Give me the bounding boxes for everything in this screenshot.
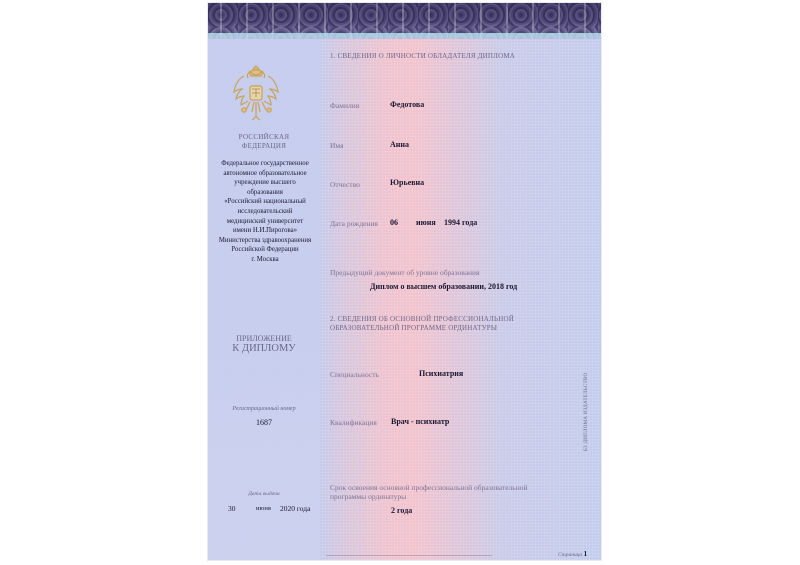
org-line: Российской Федерации [210, 245, 320, 255]
org-line: учреждение высшего [210, 178, 320, 188]
signature-line [326, 555, 492, 556]
org-line: медицинский университет [210, 217, 320, 227]
security-band-edge [208, 33, 601, 39]
printer-imprint: БЗ ДИПЛОМА ИЗДАТЕЛЬСТВО [584, 373, 589, 451]
section2-heading-line1: 2. СВЕДЕНИЯ ОБ ОСНОВНОЙ ПРОФЕССИОНАЛЬНОЙ [330, 315, 514, 323]
duration-label-line1: Срок освоения основной профессиональной … [330, 483, 528, 492]
qualification-value: Врач - психиатр [391, 417, 449, 426]
duration-value: 2 года [391, 506, 412, 515]
birth-year: 1994 года [444, 218, 477, 227]
birth-month: июня [416, 218, 436, 227]
name-value: Анна [390, 140, 409, 149]
supplement-title: ПРИЛОЖЕНИЕ К ДИПЛОМУ [208, 334, 320, 354]
registration-number: 1687 [208, 418, 320, 427]
country-name-line2: ФЕДЕРАЦИЯ [208, 142, 320, 151]
org-line: автономное образовательное [210, 169, 320, 179]
supplement-title-line2: К ДИПЛОМУ [208, 344, 320, 354]
registration-number-label: Регистрационный номер [208, 406, 320, 412]
org-line: «Российский национальный [210, 197, 320, 207]
issue-year: 2020 года [280, 504, 310, 513]
issue-month: июня [256, 505, 271, 512]
org-line: Федеральное государственное [210, 159, 320, 169]
specialty-value: Психиатрия [419, 369, 463, 378]
org-line: г. Москва [210, 255, 320, 265]
birth-date-label: Дата рождения [330, 219, 378, 228]
diploma-supplement-page: РОССИЙСКАЯ ФЕДЕРАЦИЯ Федеральное государ… [208, 3, 601, 560]
previous-document-label: Предыдущий документ об уровне образовани… [330, 268, 480, 277]
page-label: Страница [558, 552, 582, 558]
patronymic-value: Юрьевна [390, 178, 424, 187]
org-line: исследовательский [210, 207, 320, 217]
russian-coat-of-arms-icon [232, 62, 280, 124]
name-label: Имя [330, 141, 344, 150]
organization-name: Федеральное государственное автономное о… [210, 159, 320, 265]
org-line: имени Н.И.Пирогова» [210, 226, 320, 236]
surname-label: Фамилия [330, 101, 359, 110]
org-line: образования [210, 188, 320, 198]
section2-heading-line2: ОБРАЗОВАТЕЛЬНОЙ ПРОГРАММЕ ОРДИНАТУРЫ [330, 324, 497, 332]
patronymic-label: Отчество [330, 180, 360, 189]
issue-day: 30 [228, 504, 236, 513]
country-name-line1: РОССИЙСКАЯ [208, 133, 320, 142]
duration-label-line2: программы ординатуры [330, 492, 406, 501]
issue-date-label: Дата выдачи [208, 491, 320, 497]
previous-document-value: Диплом о высшем образовании, 2018 год [370, 282, 517, 291]
qualification-label: Квалификация [330, 418, 377, 427]
surname-value: Федотова [390, 100, 424, 109]
section1-heading: 1. СВЕДЕНИЯ О ЛИЧНОСТИ ОБЛАДАТЕЛЯ ДИПЛОМ… [330, 52, 515, 60]
specialty-label: Специальность [330, 370, 379, 379]
birth-day: 06 [390, 218, 398, 227]
page-number-value: 1 [584, 550, 588, 558]
org-line: Министерства здравоохранения [210, 236, 320, 246]
page-number: Страница 1 [558, 550, 587, 558]
